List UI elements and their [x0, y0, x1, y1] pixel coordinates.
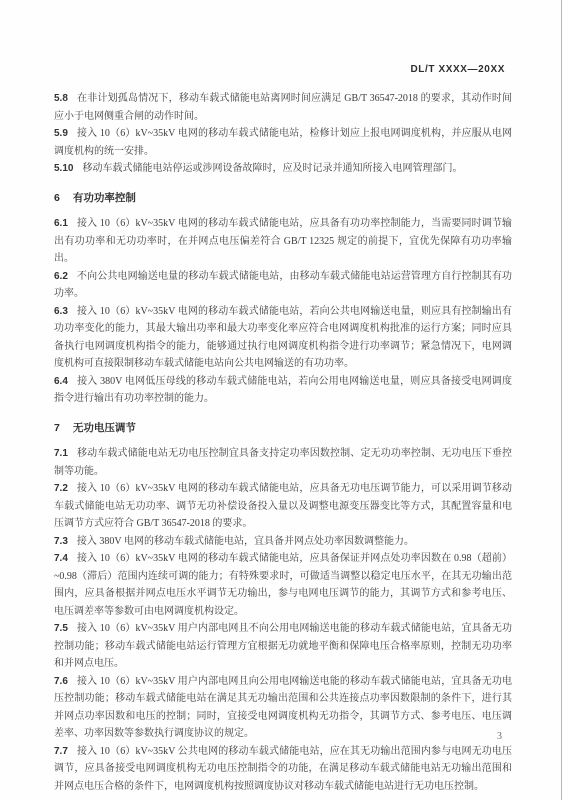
document-body: 5.8在非计划孤岛情况下，移动车载式储能电站离网时间应满足 GB/T 36547…	[54, 90, 512, 795]
section-heading-number: 7	[54, 422, 73, 434]
clause-paragraph: 6.2不向公共电网输送电量的移动车载式储能电站，由移动车载式储能电站运营管理方自…	[54, 268, 512, 303]
section-heading: 7无功电压调节	[54, 420, 512, 438]
section-heading: 6有功功率控制	[54, 190, 512, 208]
clause-text: 接入 10（6）kV~35kV 用户内部电网且不向公用电网输送电能的移动车载式储…	[54, 623, 512, 669]
clause-paragraph: 7.6接入 10（6）kV~35kV 用户内部电网且向公用电网输送电能的移动车载…	[54, 673, 512, 743]
document-page: DL/T XXXX—20XX 5.8在非计划孤岛情况下，移动车载式储能电站离网时…	[0, 0, 568, 800]
clause-paragraph: 7.3接入 380V 电网的移动车载式储能电站，宜具备并网点处功率因数调整能力。	[54, 533, 512, 551]
section-heading-title: 有功功率控制	[73, 192, 136, 204]
clause-number: 7.1	[54, 448, 77, 459]
clause-paragraph: 7.4接入 10（6）kV~35kV 电网的移动车载式储能电站，应具备保证并网点…	[54, 550, 512, 620]
clause-number: 7.5	[54, 623, 77, 634]
clause-paragraph: 7.5接入 10（6）kV~35kV 用户内部电网且不向公用电网输送电能的移动车…	[54, 620, 512, 673]
clause-paragraph: 7.7接入 10（6）kV~35kV 公共电网的移动车载式储能电站，应在其无功输…	[54, 743, 512, 796]
clause-paragraph: 7.2接入 10（6）kV~35kV 电网的移动车载式储能电站，应具备无功电压调…	[54, 480, 512, 533]
clause-number: 7.6	[54, 676, 77, 687]
clause-text: 接入 10（6）kV~35kV 电网的移动车载式储能电站，检修计划应上报电网调度…	[54, 128, 512, 157]
clause-paragraph: 6.4接入 380V 电网低压母线的移动车载式储能电站，若向公用电网输送电量，则…	[54, 373, 512, 408]
standard-number: DL/T XXXX—20XX	[410, 64, 505, 75]
clause-text: 移动车载式储能电站无功电压控制宜具备支持定功率因数控制、定无功功率控制、无功电压…	[54, 448, 512, 477]
clause-paragraph: 6.1接入 10（6）kV~35kV 电网的移动车载式储能电站，应具备有功功率控…	[54, 215, 512, 268]
clause-number: 7.4	[54, 553, 77, 564]
clause-text: 接入 10（6）kV~35kV 公共电网的移动车载式储能电站，应在其无功输出范围…	[54, 746, 512, 792]
clause-text: 接入 10（6）kV~35kV 电网的移动车载式储能电站，应具备保证并网点处功率…	[54, 553, 512, 617]
clause-number: 7.3	[54, 536, 77, 547]
clause-text: 接入 380V 电网低压母线的移动车载式储能电站，若向公用电网输送电量，则应具备…	[54, 376, 512, 405]
clause-number: 7.7	[54, 746, 77, 757]
clause-text: 接入 10（6）kV~35kV 电网的移动车载式储能电站，应具备有功功率控制能力…	[54, 218, 512, 264]
page-edge-line	[561, 0, 562, 800]
clause-paragraph: 5.9接入 10（6）kV~35kV 电网的移动车载式储能电站，检修计划应上报电…	[54, 125, 512, 160]
clause-text: 接入 10（6）kV~35kV 电网的移动车载式储能电站，应具备无功电压调节能力…	[54, 483, 512, 529]
document-header: DL/T XXXX—20XX	[54, 64, 505, 75]
clause-text: 不向公共电网输送电量的移动车载式储能电站，由移动车载式储能电站运营管理方自行控制…	[54, 271, 512, 300]
clause-number: 5.10	[54, 163, 82, 174]
clause-text: 在非计划孤岛情况下，移动车载式储能电站离网时间应满足 GB/T 36547-20…	[54, 93, 512, 122]
clause-paragraph: 5.10移动车载式储能电站停运或涉网设备故障时，应及时记录并通知所接入电网管理部…	[54, 160, 512, 178]
clause-number: 6.3	[54, 306, 77, 317]
clause-number: 6.4	[54, 376, 77, 387]
section-heading-title: 无功电压调节	[73, 422, 136, 434]
clause-number: 6.1	[54, 218, 77, 229]
clause-paragraph: 7.1移动车载式储能电站无功电压控制宜具备支持定功率因数控制、定无功功率控制、无…	[54, 445, 512, 480]
clause-number: 5.8	[54, 93, 77, 104]
clause-number: 6.2	[54, 271, 77, 282]
clause-number: 7.2	[54, 483, 77, 494]
clause-text: 接入 10（6）kV~35kV 用户内部电网且向公用电网输送电能的移动车载式储能…	[54, 676, 512, 740]
clause-text: 移动车载式储能电站停运或涉网设备故障时，应及时记录并通知所接入电网管理部门。	[82, 163, 462, 174]
clause-number: 5.9	[54, 128, 77, 139]
clause-text: 接入 10（6）kV~35kV 电网的移动车载式储能电站，若向公共电网输送电量，…	[54, 306, 512, 370]
section-heading-number: 6	[54, 192, 73, 204]
clause-paragraph: 5.8在非计划孤岛情况下，移动车载式储能电站离网时间应满足 GB/T 36547…	[54, 90, 512, 125]
clause-paragraph: 6.3接入 10（6）kV~35kV 电网的移动车载式储能电站，若向公共电网输送…	[54, 303, 512, 373]
clause-text: 接入 380V 电网的移动车载式储能电站，宜具备并网点处功率因数调整能力。	[77, 536, 414, 547]
page-number: 3	[497, 731, 502, 742]
